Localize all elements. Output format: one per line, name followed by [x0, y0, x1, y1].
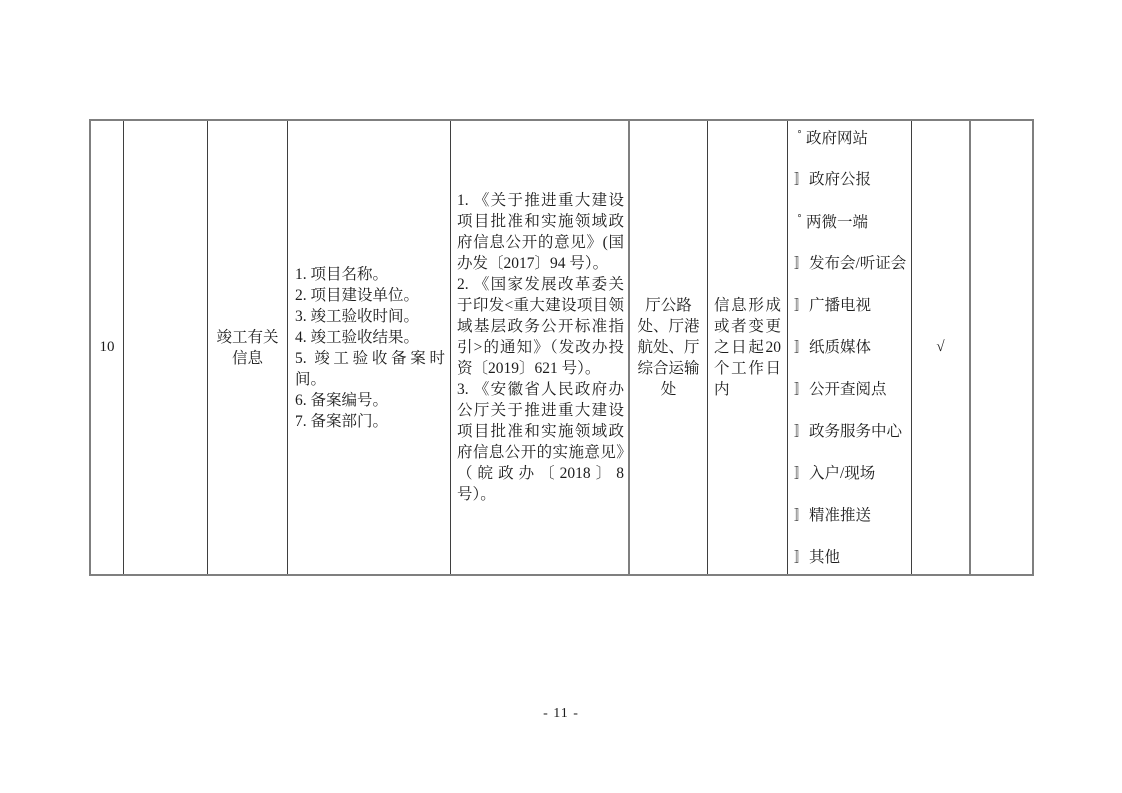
channel-item: ˚两微一端	[794, 201, 909, 243]
channel-label: 精准推送	[809, 507, 871, 524]
category-label: 竣工有关信息	[213, 327, 282, 369]
checkbox-marker-icon: 〛	[794, 244, 808, 285]
timing-label: 信息形成或者变更之日起20个工作日内	[714, 295, 781, 400]
checkbox-marker-icon: 〛	[794, 538, 808, 575]
channel-label: 其他	[809, 549, 840, 566]
checkbox-marker-icon: 〛	[794, 454, 808, 495]
channel-item: 〛精准推送	[794, 495, 909, 537]
page-number: - 11 -	[0, 706, 1122, 722]
channel-label: 公开查阅点	[809, 381, 887, 398]
checkbox-marker-icon: 〛	[794, 328, 808, 369]
content-item: 7. 备案部门。	[295, 411, 445, 432]
channel-item: 〛政府公报	[794, 159, 909, 201]
content-item: 1. 项目名称。	[295, 264, 445, 285]
channel-item: 〛入户/现场	[794, 453, 909, 495]
timing-cell: 信息形成或者变更之日起20个工作日内	[708, 121, 788, 574]
content-item: 5. 竣工验收备案时间。	[295, 348, 445, 390]
channel-label: 广播电视	[809, 297, 871, 314]
content-item: 2. 项目建设单位。	[295, 285, 445, 306]
channel-label: 纸质媒体	[809, 339, 871, 356]
checkbox-marker-icon: ˚	[797, 201, 802, 242]
channel-label: 政府公报	[809, 171, 871, 188]
empty-cell-10	[971, 121, 1032, 574]
checkbox-marker-icon: 〛	[794, 160, 808, 201]
checkbox-marker-icon: ˚	[797, 121, 802, 158]
legal-basis-item: 2. 《国家发展改革委关于印发<重大建设项目领域基层政务公开标准指引>的通知》（…	[457, 274, 624, 379]
content-item: 3. 竣工验收时间。	[295, 306, 445, 327]
row-number-cell: 10	[91, 121, 124, 574]
category-cell: 竣工有关信息	[208, 121, 288, 574]
channels-cell: ˚政府网站 〛政府公报 ˚两微一端 〛发布会/听证会 〛广播电视 〛纸质媒体 〛…	[788, 121, 912, 574]
channel-item: 〛其他	[794, 537, 909, 575]
channel-label: 政府网站	[806, 130, 868, 147]
channel-item: 〛政务服务中心	[794, 411, 909, 453]
content-item: 4. 竣工验收结果。	[295, 327, 445, 348]
department-label: 厅公路处、厅港航处、厅综合运输处	[634, 295, 703, 400]
legal-basis-item: 3. 《安徽省人民政府办公厅关于推进重大建设项目批准和实施领域政府信息公开的实施…	[457, 379, 624, 505]
channel-item: 〛纸质媒体	[794, 327, 909, 369]
check-mark: √	[936, 337, 944, 358]
checkbox-marker-icon: 〛	[794, 412, 808, 453]
content-items-cell: 1. 项目名称。 2. 项目建设单位。 3. 竣工验收时间。 4. 竣工验收结果…	[288, 121, 451, 574]
channel-item: 〛广播电视	[794, 285, 909, 327]
empty-cell-2	[124, 121, 208, 574]
disclosure-table: 10 竣工有关信息 1. 项目名称。 2. 项目建设单位。 3. 竣工验收时间。…	[89, 119, 1034, 576]
channel-item: 〛发布会/听证会	[794, 243, 909, 285]
channel-label: 发布会/听证会	[809, 255, 906, 272]
legal-basis-item: 1. 《关于推进重大建设项目批准和实施领域政府信息公开的意见》(国办发〔2017…	[457, 190, 624, 274]
department-cell: 厅公路处、厅港航处、厅综合运输处	[630, 121, 708, 574]
checkbox-marker-icon: 〛	[794, 370, 808, 411]
channel-item: ˚政府网站	[794, 121, 909, 159]
document-page: 10 竣工有关信息 1. 项目名称。 2. 项目建设单位。 3. 竣工验收时间。…	[0, 0, 1122, 793]
row-number: 10	[100, 337, 115, 358]
channel-label: 入户/现场	[809, 465, 875, 482]
checkbox-marker-icon: 〛	[794, 496, 808, 537]
checkbox-marker-icon: 〛	[794, 286, 808, 327]
channel-label: 两微一端	[806, 214, 868, 231]
channel-item: 〛公开查阅点	[794, 369, 909, 411]
check-cell: √	[912, 121, 971, 574]
legal-basis-cell: 1. 《关于推进重大建设项目批准和实施领域政府信息公开的意见》(国办发〔2017…	[451, 121, 630, 574]
channel-label: 政务服务中心	[809, 423, 902, 440]
content-item: 6. 备案编号。	[295, 390, 445, 411]
